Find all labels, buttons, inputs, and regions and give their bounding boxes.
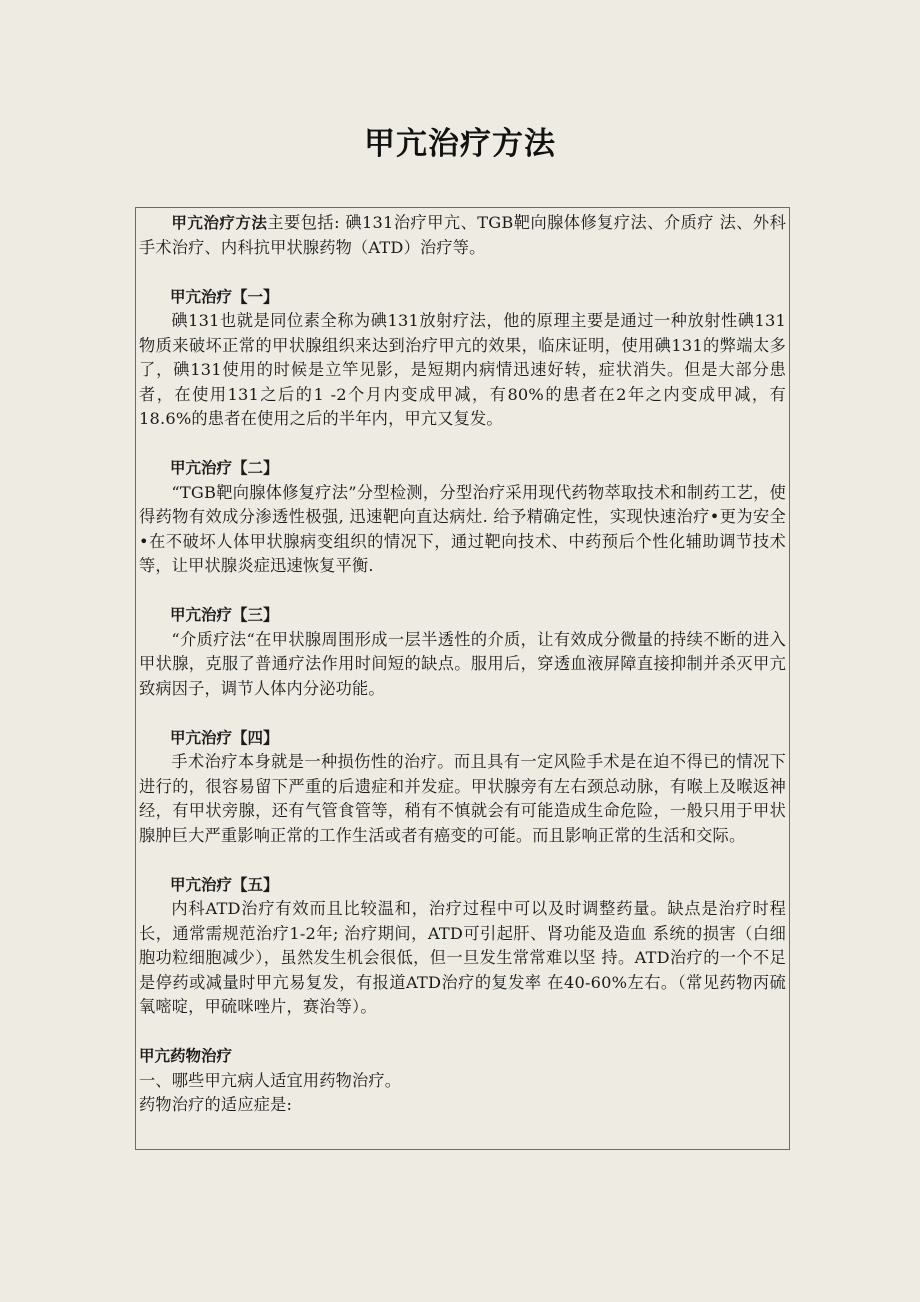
spacer: [139, 848, 786, 873]
page-title: 甲亢治疗方法: [0, 118, 920, 163]
spacer: [139, 1020, 786, 1045]
content-box: 甲亢治疗方法主要包括: 碘131治疗甲亢、TGB靶向腺体修复疗法、介质疗 法、外…: [135, 207, 790, 1150]
section-heading-4: 甲亢治疗【四】: [139, 726, 786, 751]
spacer: [139, 260, 786, 285]
section-body-3: “介质疗法“在甲状腺周围形成一层半透性的介质，让有效成分微量的持续不断的进入甲状…: [139, 628, 786, 702]
intro-paragraph: 甲亢治疗方法主要包括: 碘131治疗甲亢、TGB靶向腺体修复疗法、介质疗 法、外…: [139, 211, 786, 260]
section-body-1: 碘131也就是同位素全称为碘131放射疗法，他的原理主要是通过一种放射性碘131…: [139, 309, 786, 432]
drug-section-line-2: 药物治疗的适应症是:: [139, 1093, 786, 1118]
spacer: [139, 432, 786, 457]
spacer: [139, 579, 786, 604]
section-body-4: 手术治疗本身就是一种损伤性的治疗。而且具有一定风险手术是在迫不得已的情况下进行的…: [139, 750, 786, 848]
spacer: [139, 701, 786, 726]
section-body-5: 内科ATD治疗有效而且比较温和，治疗过程中可以及时调整药量。缺点是治疗时程长，通…: [139, 897, 786, 1020]
section-heading-2: 甲亢治疗【二】: [139, 456, 786, 481]
section-heading-3: 甲亢治疗【三】: [139, 603, 786, 628]
section-heading-1: 甲亢治疗【一】: [139, 285, 786, 310]
section-heading-5: 甲亢治疗【五】: [139, 873, 786, 898]
section-body-2: “TGB靶向腺体修复疗法”分型检测，分型治疗采用现代药物萃取技术和制药工艺，使得…: [139, 481, 786, 579]
intro-lead: 甲亢治疗方法: [171, 214, 267, 232]
drug-section-line-1: 一、哪些甲亢病人适宜用药物治疗。: [139, 1069, 786, 1094]
drug-section-heading: 甲亢药物治疗: [139, 1044, 786, 1069]
